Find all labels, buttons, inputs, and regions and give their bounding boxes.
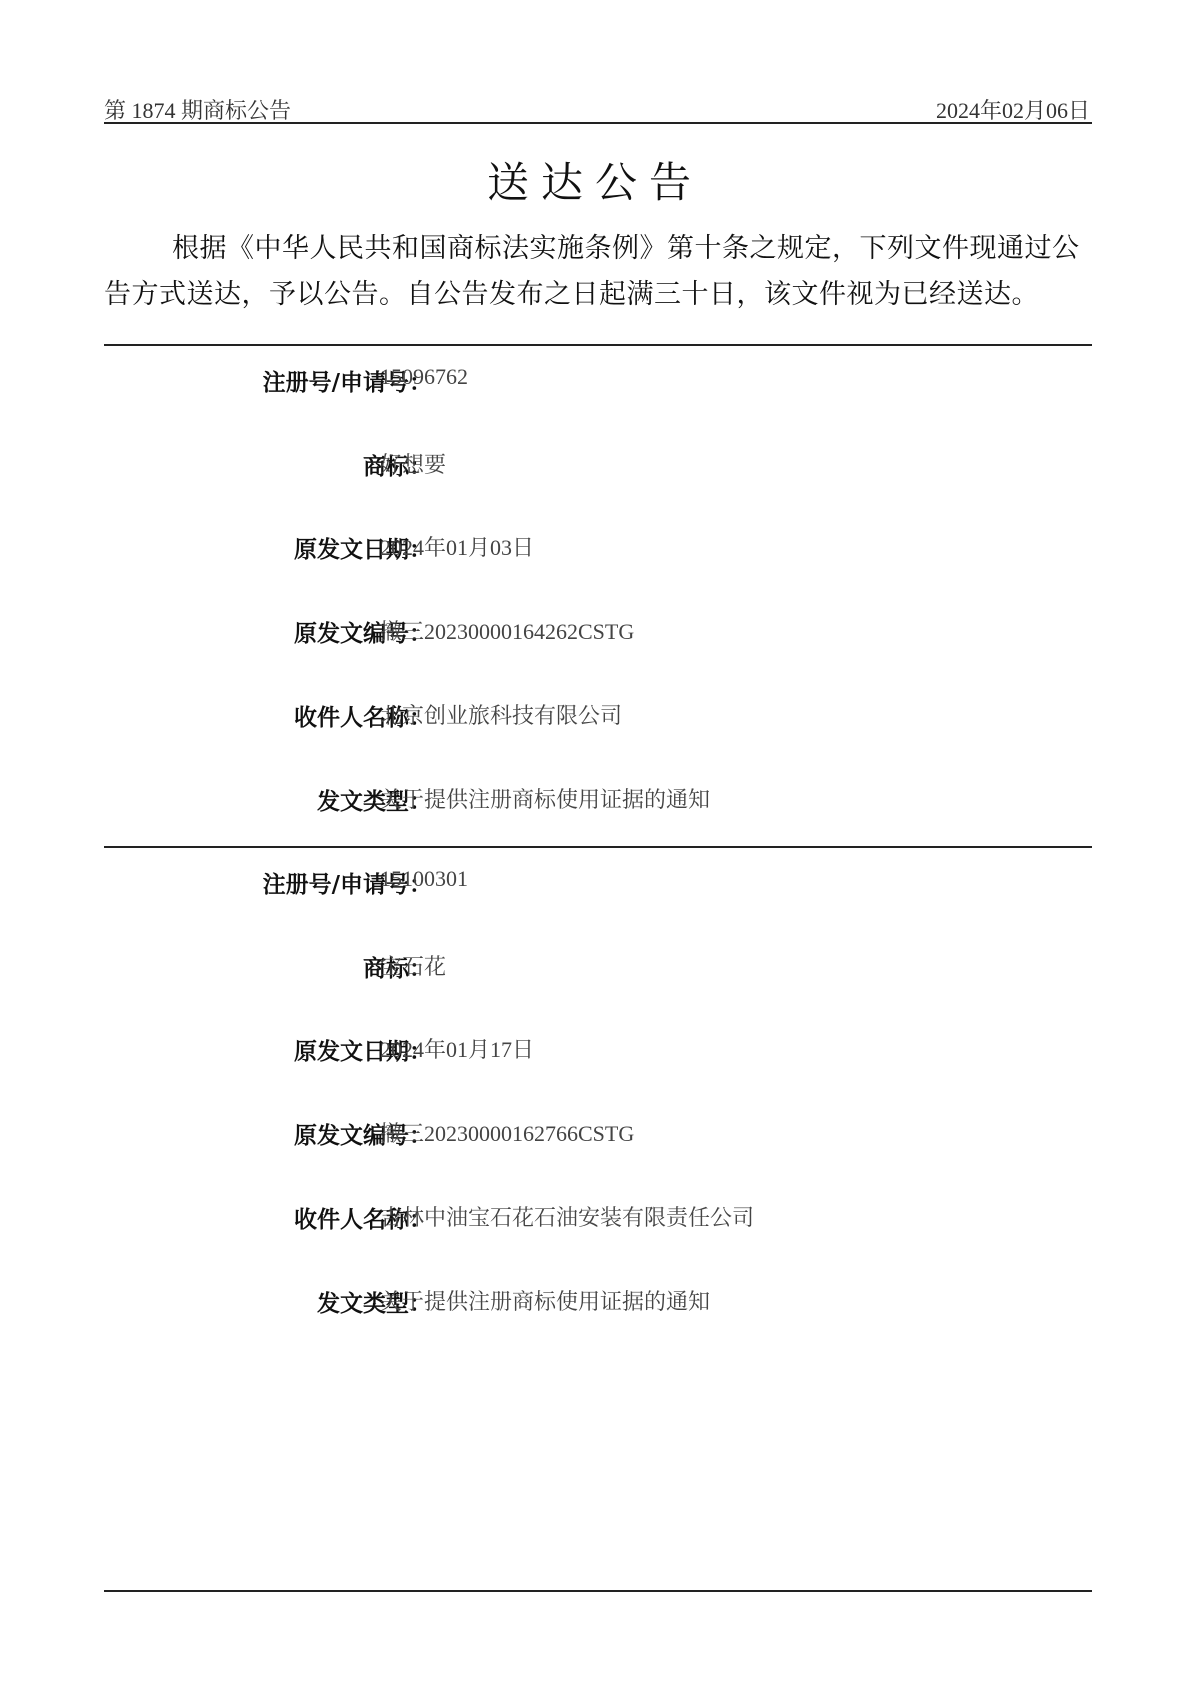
value: 吉林中油宝石花石油安装有限责任公司	[380, 1201, 754, 1232]
field-orig-date: 原发文日期： 2024年01月17日	[104, 1033, 1092, 1073]
field-orig-date: 原发文日期： 2024年01月03日	[104, 531, 1092, 571]
field-trademark: 商标： 宝石花	[104, 950, 1092, 990]
field-recipient: 收件人名称： 北京创业旅科技有限公司	[104, 699, 1092, 739]
entry-divider	[104, 344, 1092, 346]
field-trademark: 商标： 好想要	[104, 448, 1092, 488]
value: 撤三20230000164262CSTG	[380, 615, 634, 646]
issue-number: 第 1874 期商标公告	[104, 94, 291, 125]
value: 15096762	[380, 364, 468, 390]
value: 关于提供注册商标使用证据的通知	[380, 783, 710, 814]
intro-paragraph: 根据《中华人民共和国商标法实施条例》第十条之规定，下列文件现通过公告方式送达，予…	[104, 226, 1092, 318]
entry-divider	[104, 846, 1092, 848]
publication-date: 2024年02月06日	[936, 94, 1090, 125]
field-doc-type: 发文类型： 关于提供注册商标使用证据的通知	[104, 783, 1092, 823]
field-doc-type: 发文类型： 关于提供注册商标使用证据的通知	[104, 1285, 1092, 1325]
field-reg-no: 注册号/申请号： 15096762	[104, 364, 1092, 404]
value: 好想要	[380, 448, 446, 479]
value: 撤三20230000162766CSTG	[380, 1117, 634, 1148]
header-divider	[104, 122, 1092, 124]
value: 宝石花	[380, 950, 446, 981]
field-reg-no: 注册号/申请号： 15100301	[104, 866, 1092, 906]
footer-divider	[104, 1590, 1092, 1592]
page-title: 送达公告	[0, 150, 1190, 210]
value: 2024年01月17日	[380, 1033, 534, 1064]
value: 2024年01月03日	[380, 531, 534, 562]
value: 15100301	[380, 866, 468, 892]
value: 关于提供注册商标使用证据的通知	[380, 1285, 710, 1316]
field-orig-no: 原发文编号： 撤三20230000162766CSTG	[104, 1117, 1092, 1157]
field-recipient: 收件人名称： 吉林中油宝石花石油安装有限责任公司	[104, 1201, 1092, 1241]
field-orig-no: 原发文编号： 撤三20230000164262CSTG	[104, 615, 1092, 655]
value: 北京创业旅科技有限公司	[380, 699, 622, 730]
